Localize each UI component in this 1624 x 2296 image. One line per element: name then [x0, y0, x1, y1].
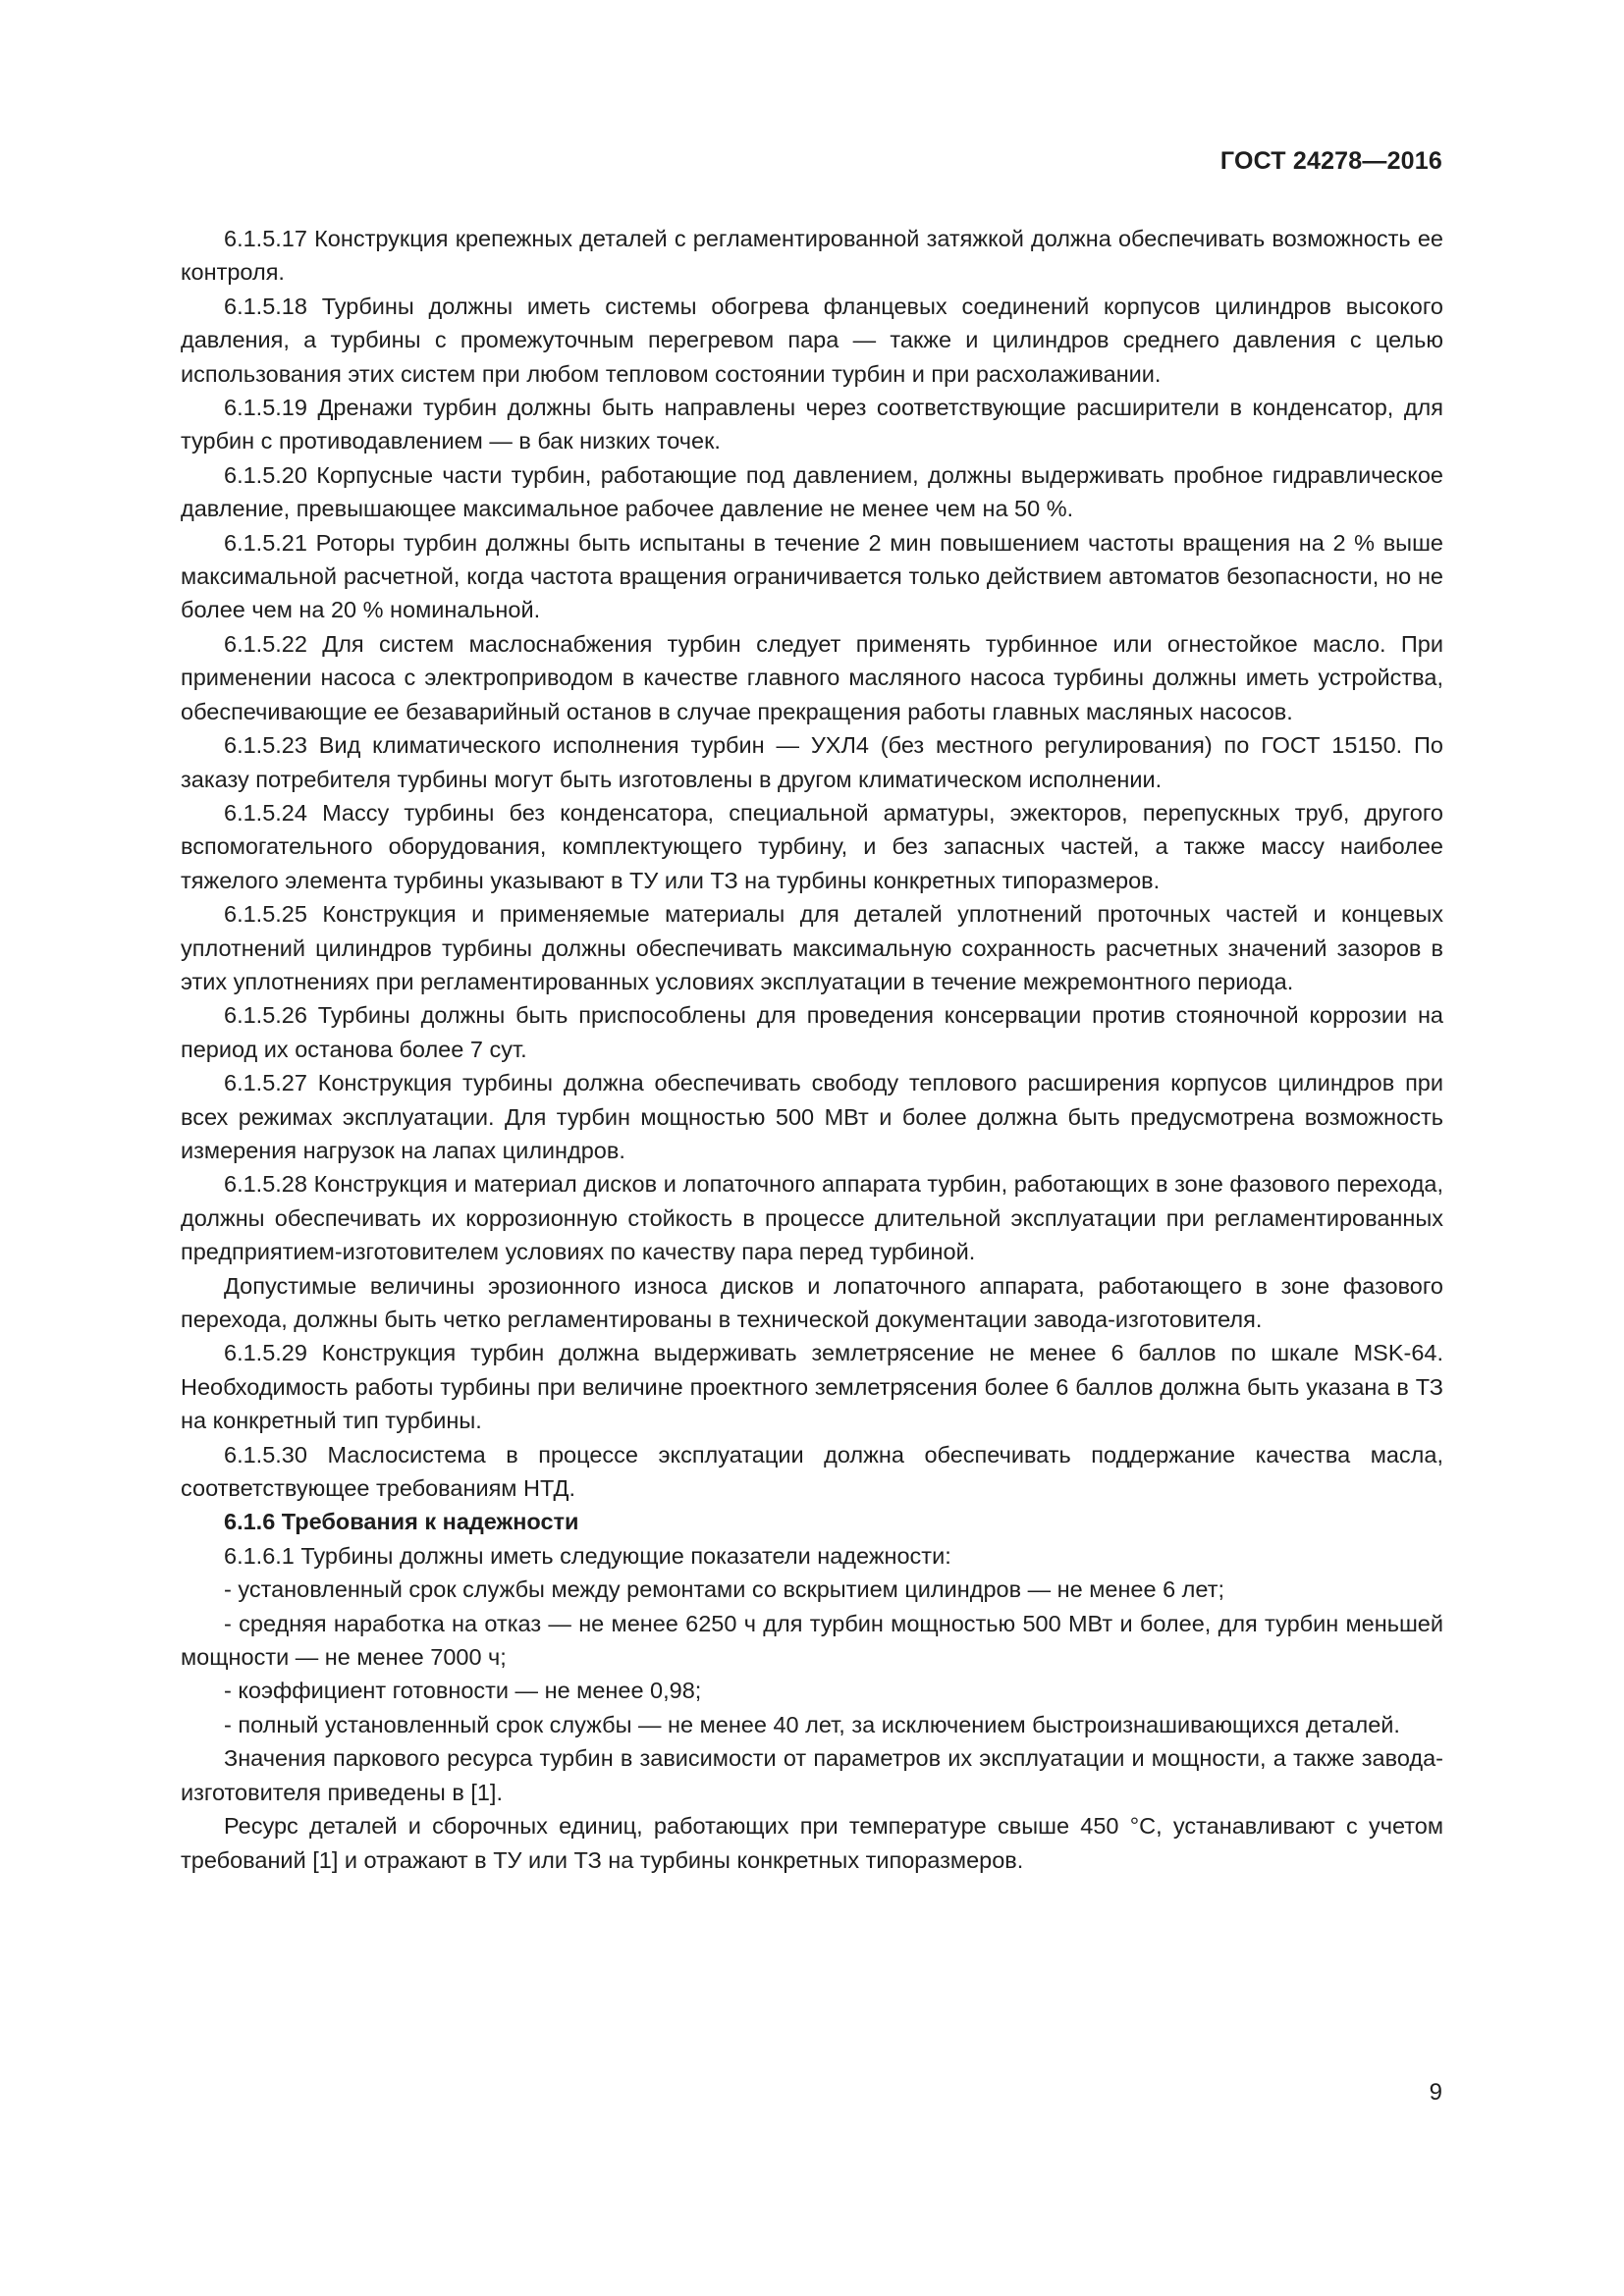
paragraph-6-1-5-21: 6.1.5.21 Роторы турбин должны быть испыт… [181, 526, 1443, 627]
list-item-mean-time-to-failure: - средняя наработка на отказ — не менее … [181, 1607, 1443, 1675]
paragraph-6-1-5-24: 6.1.5.24 Массу турбины без конденсатора,… [181, 796, 1443, 897]
document-body: 6.1.5.17 Конструкция крепежных деталей с… [181, 222, 1443, 1877]
paragraph-6-1-5-26: 6.1.5.26 Турбины должны быть приспособле… [181, 998, 1443, 1066]
paragraph-6-1-5-28: 6.1.5.28 Конструкция и материал дисков и… [181, 1167, 1443, 1268]
paragraph-6-1-5-23: 6.1.5.23 Вид климатического исполнения т… [181, 728, 1443, 796]
section-heading-6-1-6: 6.1.6 Требования к надежности [181, 1505, 1443, 1538]
paragraph-6-1-5-17: 6.1.5.17 Конструкция крепежных деталей с… [181, 222, 1443, 290]
list-item-availability-factor: - коэффициент готовности — не менее 0,98… [181, 1674, 1443, 1707]
page-number: 9 [1430, 2079, 1442, 2107]
paragraph-erosion-wear: Допустимые величины эрозионного износа д… [181, 1269, 1443, 1337]
paragraph-6-1-5-30: 6.1.5.30 Маслосистема в процессе эксплуа… [181, 1438, 1443, 1506]
paragraph-6-1-5-25: 6.1.5.25 Конструкция и применяемые матер… [181, 897, 1443, 998]
document-standard-id: ГОСТ 24278—2016 [1220, 147, 1442, 176]
paragraph-6-1-5-19: 6.1.5.19 Дренажи турбин должны быть напр… [181, 391, 1443, 458]
list-item-service-life-between-repairs: - установленный срок службы между ремонт… [181, 1573, 1443, 1606]
list-item-full-service-life: - полный установленный срок службы — не … [181, 1708, 1443, 1741]
paragraph-6-1-5-20: 6.1.5.20 Корпусные части турбин, работаю… [181, 458, 1443, 526]
paragraph-6-1-5-29: 6.1.5.29 Конструкция турбин должна выдер… [181, 1336, 1443, 1437]
paragraph-6-1-5-18: 6.1.5.18 Турбины должны иметь системы об… [181, 290, 1443, 391]
paragraph-resource-450c: Ресурс деталей и сборочных единиц, работ… [181, 1809, 1443, 1877]
paragraph-6-1-5-27: 6.1.5.27 Конструкция турбины должна обес… [181, 1066, 1443, 1167]
paragraph-6-1-6-1: 6.1.6.1 Турбины должны иметь следующие п… [181, 1539, 1443, 1573]
paragraph-6-1-5-22: 6.1.5.22 Для систем маслоснабжения турби… [181, 627, 1443, 728]
paragraph-park-resource: Значения паркового ресурса турбин в зави… [181, 1741, 1443, 1809]
